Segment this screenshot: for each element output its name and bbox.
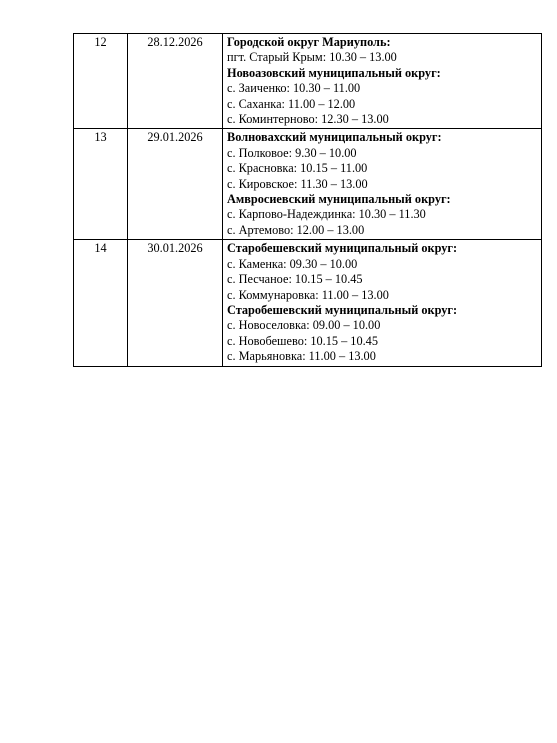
settlement-schedule: пгт. Старый Крым: 10.30 – 13.00 (227, 50, 537, 65)
district-heading: Городской округ Мариуполь: (227, 35, 537, 50)
settlement-schedule: с. Артемово: 12.00 – 13.00 (227, 223, 537, 238)
settlement-schedule: с. Полковое: 9.30 – 10.00 (227, 146, 537, 161)
table-row: 12 28.12.2026 Городской округ Мариуполь:… (74, 34, 542, 129)
row-number: 13 (74, 129, 128, 240)
row-places: Волновахский муниципальный округ:с. Полк… (223, 129, 542, 240)
schedule-body: 12 28.12.2026 Городской округ Мариуполь:… (74, 34, 542, 367)
district-heading: Старобешевский муниципальный округ: (227, 303, 537, 318)
settlement-schedule: с. Саханка: 11.00 – 12.00 (227, 97, 537, 112)
row-date: 29.01.2026 (128, 129, 223, 240)
settlement-schedule: с. Красновка: 10.15 – 11.00 (227, 161, 537, 176)
settlement-schedule: с. Коминтерново: 12.30 – 13.00 (227, 112, 537, 127)
row-date: 28.12.2026 (128, 34, 223, 129)
settlement-schedule: с. Коммунаровка: 11.00 – 13.00 (227, 288, 537, 303)
settlement-schedule: с. Карпово-Надеждинка: 10.30 – 11.30 (227, 207, 537, 222)
district-heading: Волновахский муниципальный округ: (227, 130, 537, 145)
district-heading: Новоазовский муниципальный округ: (227, 66, 537, 81)
settlement-schedule: с. Каменка: 09.30 – 10.00 (227, 257, 537, 272)
settlement-schedule: с. Марьяновка: 11.00 – 13.00 (227, 349, 537, 364)
row-date: 30.01.2026 (128, 240, 223, 366)
settlement-schedule: с. Новоселовка: 09.00 – 10.00 (227, 318, 537, 333)
settlement-schedule: с. Кировское: 11.30 – 13.00 (227, 177, 537, 192)
table-row: 13 29.01.2026 Волновахский муниципальный… (74, 129, 542, 240)
table-row: 14 30.01.2026 Старобешевский муниципальн… (74, 240, 542, 366)
district-heading: Старобешевский муниципальный округ: (227, 241, 537, 256)
schedule-table: 12 28.12.2026 Городской округ Мариуполь:… (73, 33, 542, 367)
row-number: 12 (74, 34, 128, 129)
settlement-schedule: с. Заиченко: 10.30 – 11.00 (227, 81, 537, 96)
settlement-schedule: с. Песчаное: 10.15 – 10.45 (227, 272, 537, 287)
district-heading: Амвросиевский муниципальный округ: (227, 192, 537, 207)
row-places: Городской округ Мариуполь:пгт. Старый Кр… (223, 34, 542, 129)
settlement-schedule: с. Новобешево: 10.15 – 10.45 (227, 334, 537, 349)
row-number: 14 (74, 240, 128, 366)
row-places: Старобешевский муниципальный округ:с. Ка… (223, 240, 542, 366)
